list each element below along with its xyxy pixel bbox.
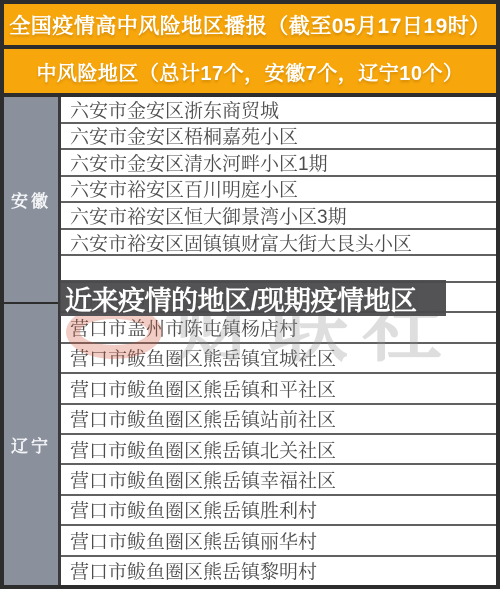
area-row: 营口市鲅鱼圈区熊岳镇北关社区 xyxy=(61,435,496,465)
area-row: 营口市鲅鱼圈区熊岳镇胜利村 xyxy=(61,496,496,526)
area-row: 营口市鲅鱼圈区熊岳镇黎明村 xyxy=(61,557,496,585)
risk-area-table: 安徽辽宁 六安市金安区浙东商贸城六安市金安区梧桐嘉苑小区六安市金安区清水河畔小区… xyxy=(4,97,496,585)
area-row: 营口市鲅鱼圈区熊岳镇宜城社区 xyxy=(61,344,496,374)
caption-overlay-banner: 近来疫情的地区/现期疫情地区 xyxy=(60,280,446,316)
main-header-title: 全国疫情高中风险地区播报（截至05月17日19时） xyxy=(9,10,491,40)
area-row: 六安市金安区梧桐嘉苑小区 xyxy=(61,124,496,151)
caption-overlay-text: 近来疫情的地区/现期疫情地区 xyxy=(65,279,417,318)
province-section: 沈阳市和平区文艺路艺园小区营口市盖州市陈屯镇杨店村营口市鲅鱼圈区熊岳镇宜城社区营… xyxy=(61,283,496,585)
province-label: 辽宁 xyxy=(4,302,58,585)
area-row: 营口市鲅鱼圈区熊岳镇和平社区 xyxy=(61,374,496,404)
area-row: 六安市裕安区固镇镇财富大街大艮头小区 xyxy=(61,230,496,257)
area-row: 营口市鲅鱼圈区熊岳镇站前社区 xyxy=(61,405,496,435)
area-row: 六安市金安区浙东商贸城 xyxy=(61,97,496,124)
area-rows-column: 六安市金安区浙东商贸城六安市金安区梧桐嘉苑小区六安市金安区清水河畔小区1期六安市… xyxy=(61,97,496,585)
main-header-bar: 全国疫情高中风险地区播报（截至05月17日19时） xyxy=(4,4,496,49)
area-row: 六安市裕安区恒大御景湾小区3期 xyxy=(61,203,496,230)
area-row: 营口市盖州市陈屯镇杨店村 xyxy=(61,313,496,343)
area-row: 六安市金安区清水河畔小区1期 xyxy=(61,150,496,177)
province-section: 六安市金安区浙东商贸城六安市金安区梧桐嘉苑小区六安市金安区清水河畔小区1期六安市… xyxy=(61,97,496,283)
area-row: 营口市鲅鱼圈区熊岳镇幸福社区 xyxy=(61,465,496,495)
province-column: 安徽辽宁 xyxy=(4,97,61,585)
area-row: 营口市鲅鱼圈区熊岳镇丽华村 xyxy=(61,526,496,556)
bulletin-card: 全国疫情高中风险地区播报（截至05月17日19时） 中风险地区（总计17个，安徽… xyxy=(0,0,500,589)
area-row: 六安市裕安区百川明庭小区 xyxy=(61,177,496,204)
province-label: 安徽 xyxy=(4,97,58,302)
medium-risk-subheader-bar: 中风险地区（总计17个，安徽7个，辽宁10个） xyxy=(4,49,496,97)
medium-risk-subheader-title: 中风险地区（总计17个，安徽7个，辽宁10个） xyxy=(36,57,463,86)
